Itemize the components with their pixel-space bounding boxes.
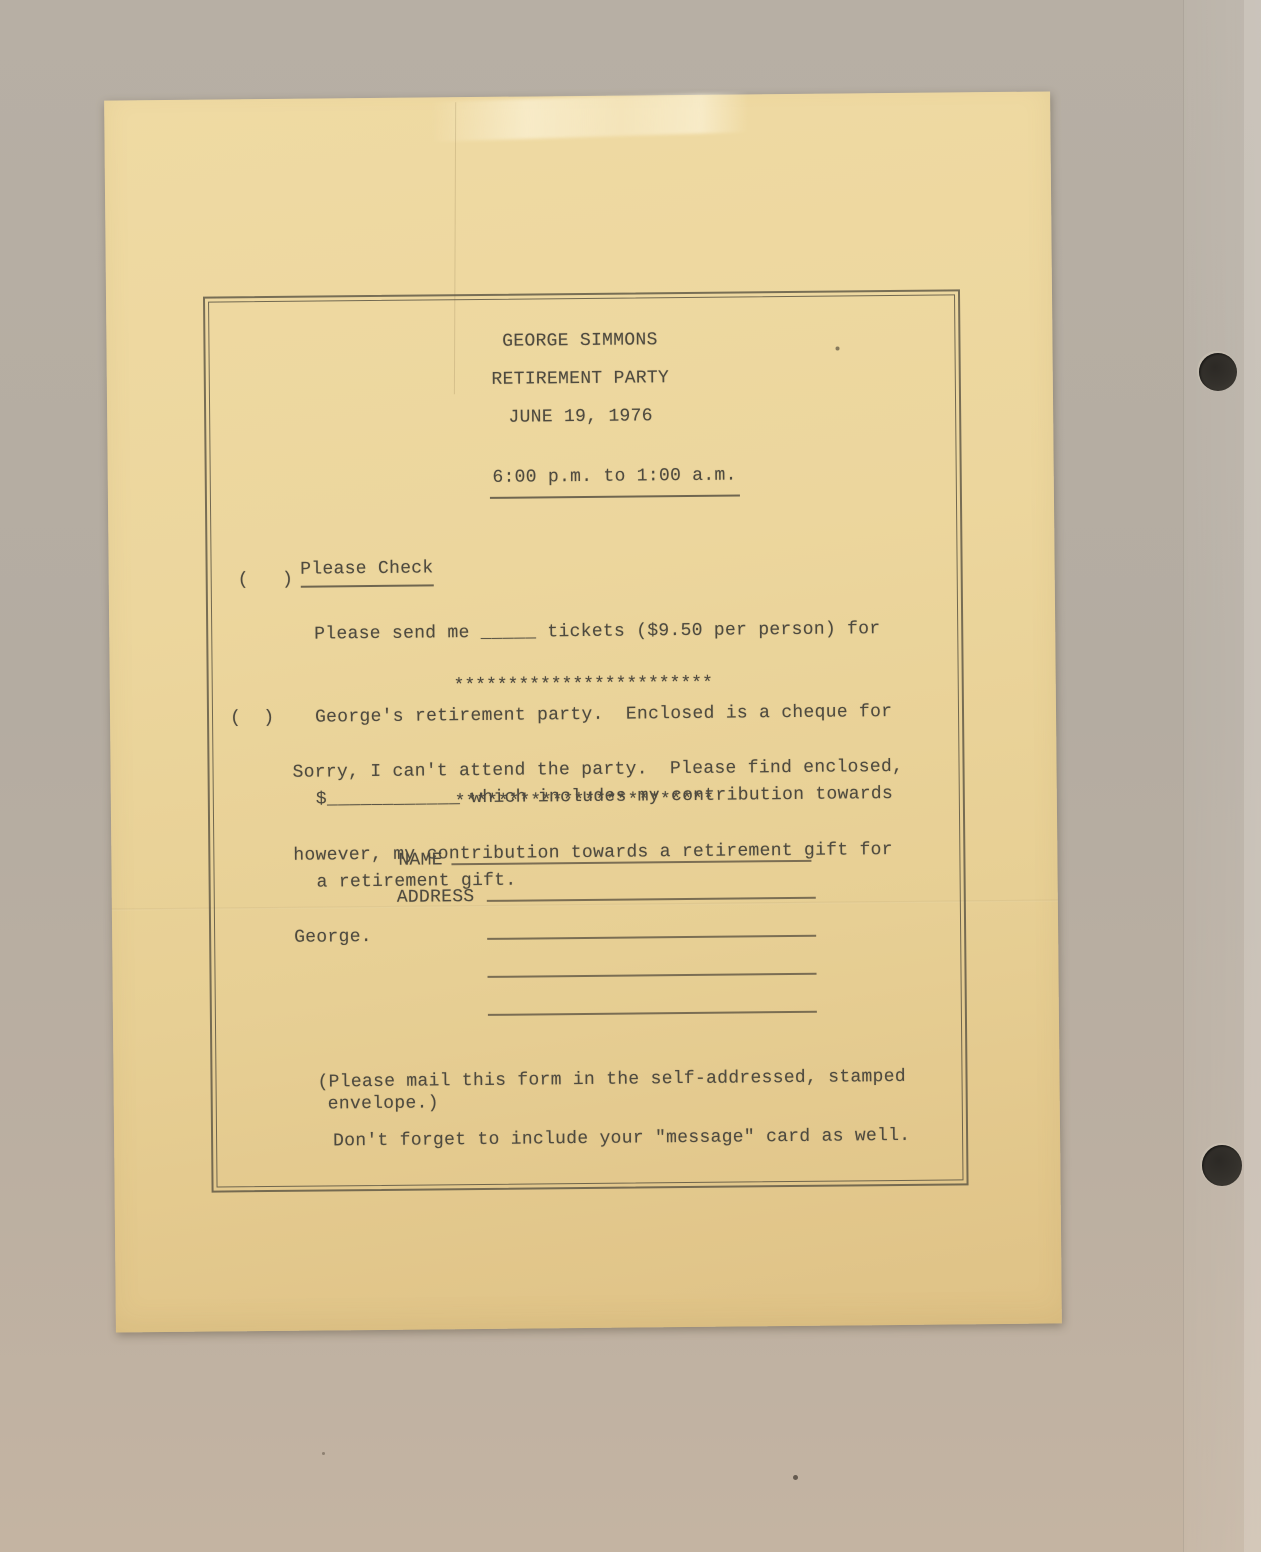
option1-line: Please send me _____ tickets ($9.50 per … xyxy=(314,616,892,649)
hole-punch-top xyxy=(1199,353,1237,391)
title-time: 6:00 p.m. to 1:00 a.m. xyxy=(204,440,958,523)
dust-speck xyxy=(793,1475,798,1480)
option1-checkbox: ( ) xyxy=(238,567,294,595)
address-label: ADDRESS xyxy=(397,884,475,912)
paper-sheet: GEORGE SIMMONS RETIREMENT PARTY JUNE 19,… xyxy=(104,91,1062,1332)
option2-line: Sorry, I can't attend the party. Please … xyxy=(292,754,903,787)
page-right-edge xyxy=(1244,0,1261,1552)
mail-instruction-line2: envelope.) xyxy=(328,1092,439,1115)
option2-line: however, my contribution towards a retir… xyxy=(293,836,904,869)
name-label: NAME xyxy=(398,847,443,875)
option2-checkbox: ( ) xyxy=(230,705,275,733)
scrapbook-page: GEORGE SIMMONS RETIREMENT PARTY JUNE 19,… xyxy=(0,0,1261,1552)
dust-speck xyxy=(322,1452,325,1455)
title-time-text: 6:00 p.m. to 1:00 a.m. xyxy=(489,464,740,498)
tape-mark xyxy=(432,92,748,142)
reminder-line: Don't forget to include your "message" c… xyxy=(333,1123,911,1156)
option2-text: Sorry, I can't attend the party. Please … xyxy=(292,699,905,1007)
hole-punch-bottom xyxy=(1202,1145,1242,1186)
